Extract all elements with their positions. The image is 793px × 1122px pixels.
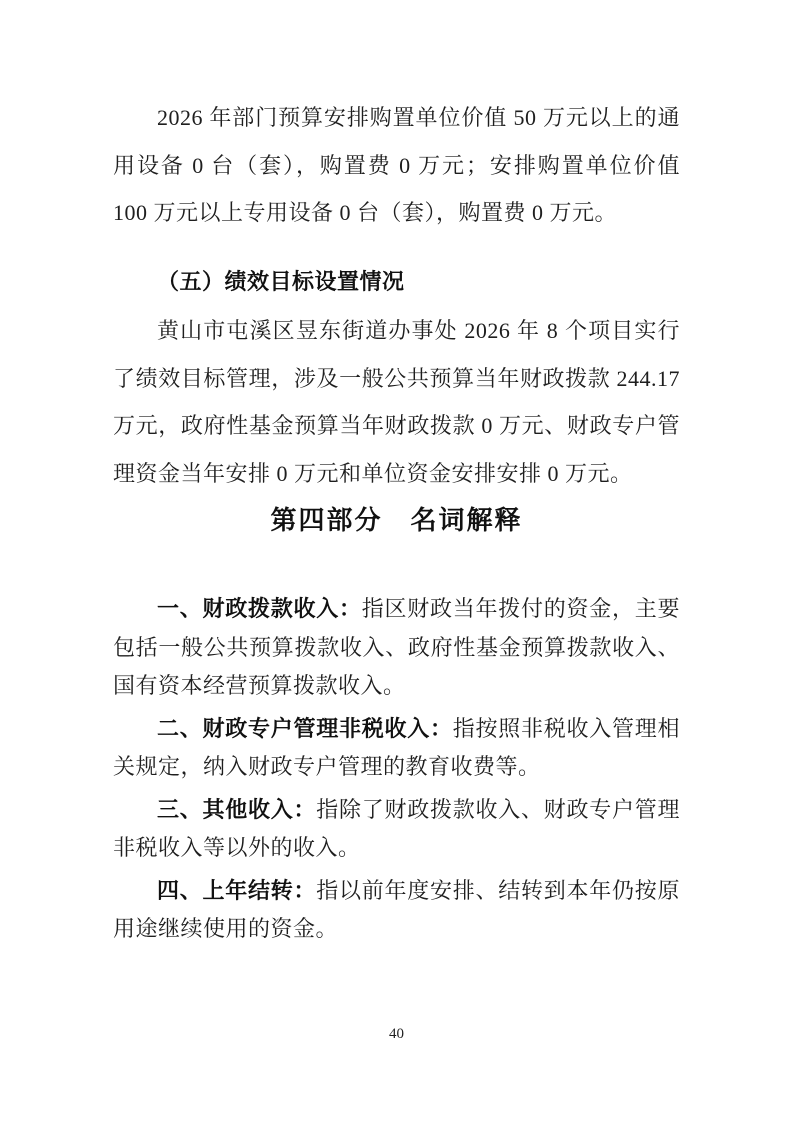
definition-term: 二、财政专户管理非税收入： bbox=[157, 716, 453, 741]
definition-item-carryover: 四、上年结转：指以前年度安排、结转到本年仍按原用途继续使用的资金。 bbox=[113, 872, 680, 949]
equipment-purchase-paragraph: 2026 年部门预算安排购置单位价值 50 万元以上的通用设备 0 台（套），购… bbox=[113, 94, 680, 237]
section-five-heading: （五）绩效目标设置情况 bbox=[113, 258, 680, 306]
document-page: 2026 年部门预算安排购置单位价值 50 万元以上的通用设备 0 台（套），购… bbox=[0, 0, 793, 1122]
definition-item-special-account-nontax: 二、财政专户管理非税收入：指按照非税收入管理相关规定，纳入财政专户管理的教育收费… bbox=[113, 710, 680, 787]
definitions-list: 一、财政拨款收入：指区财政当年拨付的资金，主要包括一般公共预算拨款收入、政府性基… bbox=[113, 590, 680, 949]
definition-item-other-income: 三、其他收入：指除了财政拨款收入、财政专户管理非税收入等以外的收入。 bbox=[113, 791, 680, 868]
definition-term: 一、财政拨款收入： bbox=[157, 596, 362, 621]
page-number: 40 bbox=[0, 1024, 793, 1044]
part-four-title: 第四部分 名词解释 bbox=[113, 495, 680, 545]
definition-term: 三、其他收入： bbox=[157, 797, 316, 822]
definition-term: 四、上年结转： bbox=[157, 878, 316, 903]
definition-item-fiscal-appropriation: 一、财政拨款收入：指区财政当年拨付的资金，主要包括一般公共预算拨款收入、政府性基… bbox=[113, 590, 680, 706]
performance-target-paragraph: 黄山市屯溪区昱东街道办事处 2026 年 8 个项目实行了绩效目标管理，涉及一般… bbox=[113, 307, 680, 497]
